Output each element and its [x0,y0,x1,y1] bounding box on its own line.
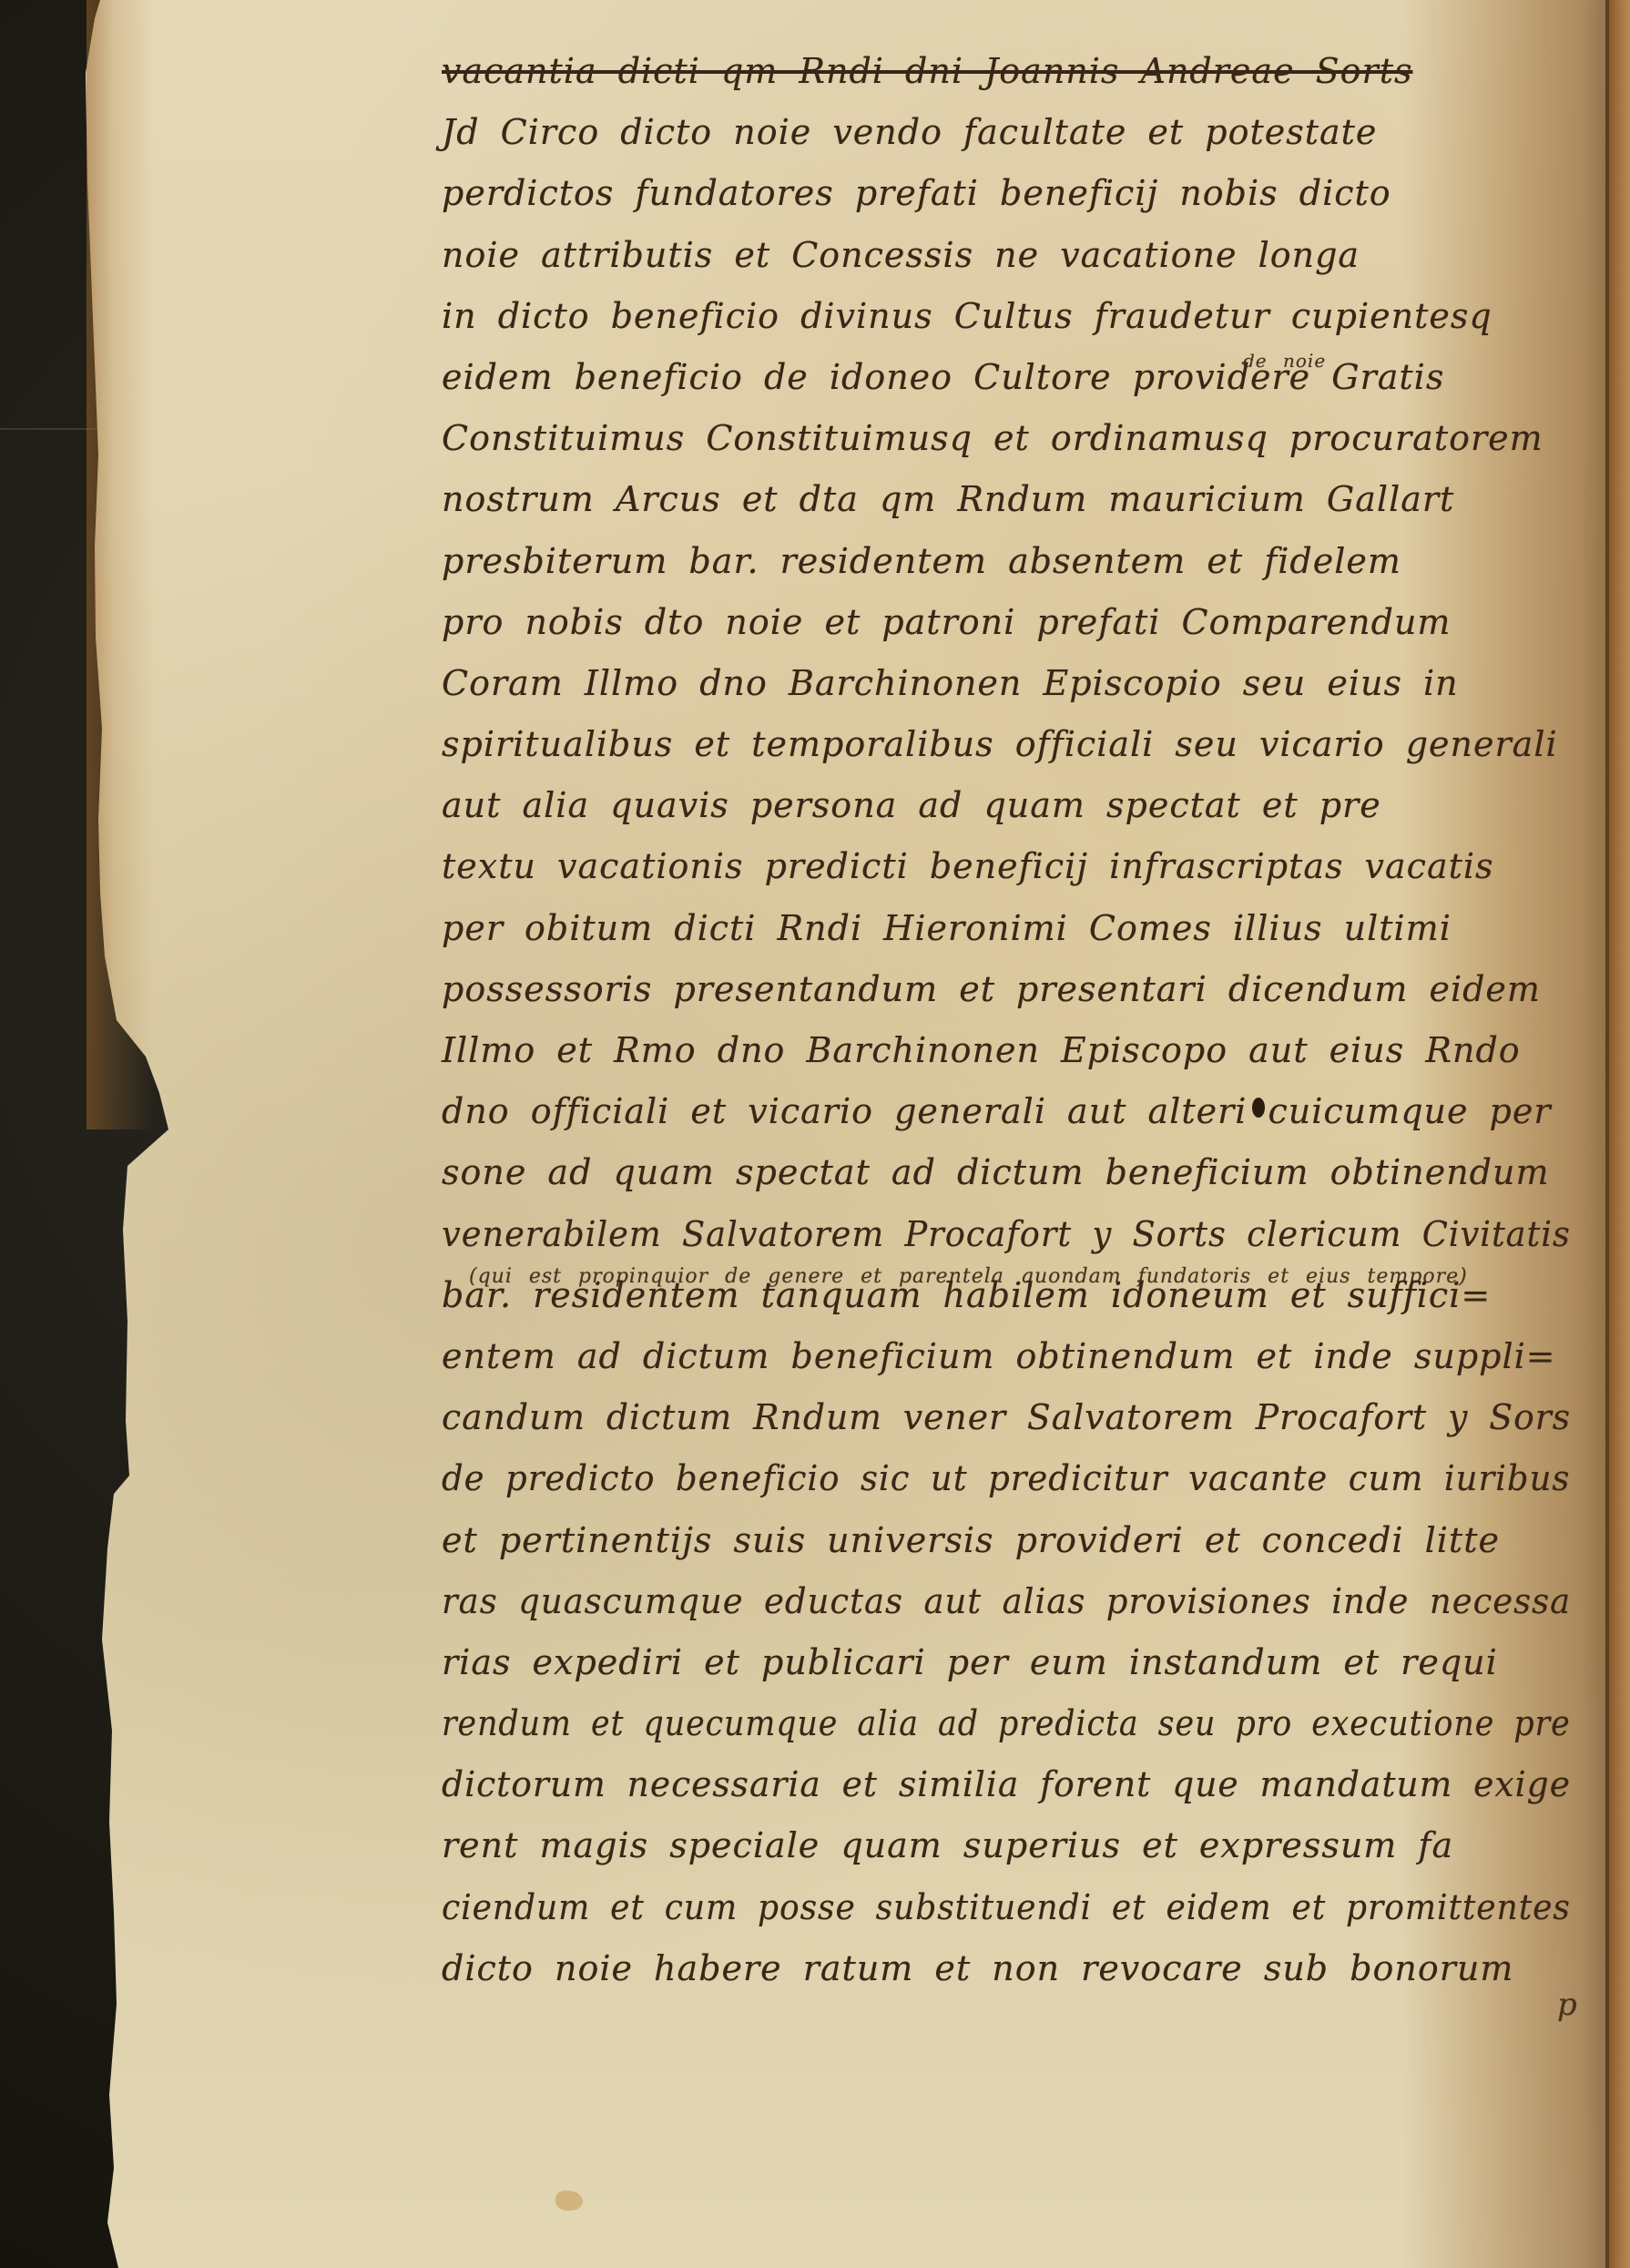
manuscript-line-31: ciendum et cum posse substituendi et eid… [442,1877,1598,1938]
line-text: ras quascumque eductas aut alias provisi… [442,1571,1571,1632]
line-text: perdictos fundatores prefati beneficij n… [442,173,1391,213]
manuscript-line-30: rent magis speciale quam superius et exp… [442,1815,1598,1876]
line-text: textu vacationis predicti beneficij infr… [442,846,1494,886]
line-text: presbiterum bar. residentem absentem et … [442,541,1401,581]
manuscript-line-24: de predicto beneficio sic ut predicitur … [442,1448,1598,1509]
manuscript-line-15: per obitum dicti Rndi Hieronimi Comes il… [442,898,1598,959]
manuscript-line-11: Coram Illmo dno Barchinonen Episcopio se… [442,653,1598,714]
line-text: Coram Illmo dno Barchinonen Episcopio se… [442,663,1459,703]
binding-gutter [1609,0,1630,2268]
manuscript-line-8: nostrum Arcus et dta qm Rndum mauricium … [442,469,1598,530]
line-text: spiritualibus et temporalibus officiali … [442,724,1558,764]
superscript-note: de noie [1243,331,1326,392]
line-text: Constituimus Constituimusq et ordinamusq… [442,418,1543,458]
manuscript-line-10: pro nobis dto noie et patroni prefati Co… [442,592,1598,653]
manuscript-line-3: perdictos fundatores prefati beneficij n… [442,163,1598,224]
manuscript-line-32: dicto noie habere ratum et non revocare … [442,1938,1598,1999]
manuscript-line-29: dictorum necessaria et similia forent qu… [442,1754,1598,1815]
line-text: pro nobis dto noie et patroni prefati Co… [442,602,1451,642]
manuscript-line-2: Jd Circo dicto noie vendo facultate et p… [442,102,1598,163]
line-text: bar. residentem tanquam habilem idoneum … [442,1275,1491,1315]
line-text: possessoris presentandum et presentari d… [442,969,1541,1009]
manuscript-line-25: et pertinentijs suis universis provideri… [442,1510,1598,1571]
line-text: Jd Circo dicto noie vendo facultate et p… [442,112,1377,152]
line-text: noie attributis et Concessis ne vacation… [442,235,1360,275]
line-text: dno officiali et vicario generali aut al… [442,1091,1552,1131]
manuscript-line-7: Constituimus Constituimusq et ordinamusq… [442,408,1598,469]
manuscript-line-23: candum dictum Rndum vener Salvatorem Pro… [442,1387,1598,1448]
line-text: et pertinentijs suis universis provideri… [442,1520,1500,1560]
line-text: dictorum necessaria et similia forent qu… [442,1754,1571,1815]
manuscript-line-26: ras quascumque eductas aut alias provisi… [442,1571,1598,1632]
line-text: vacantia dicti qm Rndi dni Joannis Andre… [442,51,1412,91]
line-text: rent magis speciale quam superius et exp… [442,1825,1453,1865]
manuscript-line-9: presbiterum bar. residentem absentem et … [442,531,1598,592]
line-text: de predicto beneficio sic ut predicitur … [442,1448,1570,1509]
water-stain [555,2191,583,2211]
manuscript-line-13: aut alia quavis persona ad quam spectat … [442,775,1598,836]
line-text: rendum et quecumque alia ad predicta seu… [442,1693,1571,1754]
line-text: dicto noie habere ratum et non revocare … [442,1948,1513,1988]
manuscript-line-28: rendum et quecumque alia ad predicta seu… [442,1693,1598,1754]
line-text: in dicto beneficio divinus Cultus fraude… [442,296,1492,336]
manuscript-line-19: sone ad quam spectat ad dictum beneficiu… [442,1142,1598,1203]
manuscript-line-27: rias expediri et publicari per eum insta… [442,1632,1598,1693]
line-text: nostrum Arcus et dta qm Rndum mauricium … [442,479,1454,519]
line-text: entem ad dictum beneficium obtinendum et… [442,1336,1556,1376]
manuscript-line-20: venerabilem Salvatorem Procafort y Sorts… [442,1204,1598,1265]
catchword-mark: p [1557,1975,1578,2036]
line-text: per obitum dicti Rndi Hieronimi Comes il… [442,908,1452,948]
line-text: rias expediri et publicari per eum insta… [442,1642,1498,1682]
line-text: sone ad quam spectat ad dictum beneficiu… [442,1152,1550,1192]
manuscript-line-6: de noie eidem beneficio de idoneo Cultor… [442,347,1598,408]
manuscript-line-4: noie attributis et Concessis ne vacation… [442,225,1598,286]
manuscript-line-21: bar. residentem tanquam habilem idoneum … [442,1265,1598,1326]
manuscript-line-17: Illmo et Rmo dno Barchinonen Episcopo au… [442,1020,1598,1081]
line-text: candum dictum Rndum vener Salvatorem Pro… [442,1387,1571,1448]
manuscript-line-22: entem ad dictum beneficium obtinendum et… [442,1326,1598,1387]
line-text: aut alia quavis persona ad quam spectat … [442,785,1381,825]
manuscript-line-18: dno officiali et vicario generali aut al… [442,1081,1598,1142]
manuscript-line-12: spiritualibus et temporalibus officiali … [442,714,1598,775]
manuscript-line-1: vacantia dicti qm Rndi dni Joannis Andre… [442,41,1598,102]
manuscript-line-16: possessoris presentandum et presentari d… [442,959,1598,1020]
manuscript-text-block: vacantia dicti qm Rndi dni Joannis Andre… [442,41,1598,1999]
manuscript-line-14: textu vacationis predicti beneficij infr… [442,836,1598,897]
manuscript-line-5: in dicto beneficio divinus Cultus fraude… [442,286,1598,347]
manuscript-viewport: vacantia dicti qm Rndi dni Joannis Andre… [0,0,1630,2268]
line-text: ciendum et cum posse substituendi et eid… [442,1877,1571,1938]
line-text: Illmo et Rmo dno Barchinonen Episcopo au… [442,1030,1521,1070]
